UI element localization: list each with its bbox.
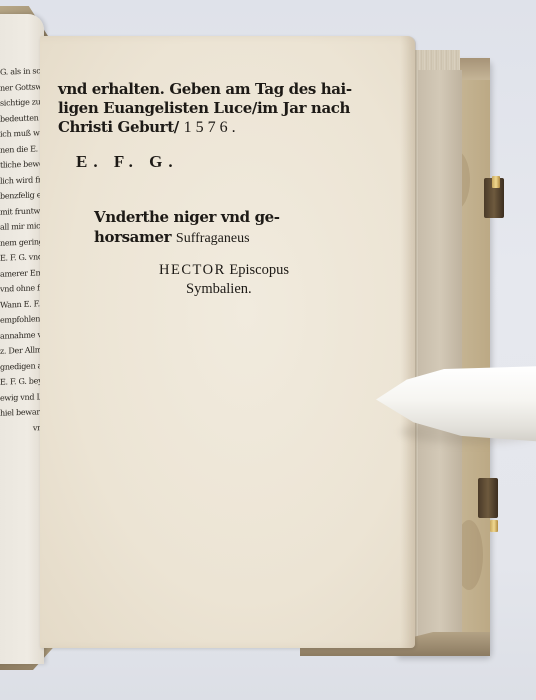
- signature-hector: HECTOR Episcopus: [159, 262, 289, 279]
- initials-efg: E. F. G.: [76, 152, 179, 172]
- text-line-2: ligen Euangelisten Luce/im Jar nach: [58, 99, 350, 117]
- book-photo-scene: G. als in schrifft ner Gottswunn sichtig…: [0, 0, 536, 700]
- left-text-line: hiel bewarhaft frölich: [0, 404, 42, 421]
- text-suffraganeus: Suffraganeus: [176, 231, 250, 246]
- left-text-line: G. als in schrifft: [0, 63, 42, 80]
- left-text-line: annahme vnd Je-: [0, 327, 42, 344]
- left-text-line: vn: [0, 420, 42, 437]
- year-1576: 1576.: [184, 119, 240, 136]
- right-page-edge-shadow: [400, 36, 416, 648]
- text-line-1: vnd erhalten. Geben am Tag des hai-: [58, 80, 352, 98]
- text-line-3-words: Christi Geburt/: [58, 118, 184, 136]
- text-line-3: Christi Geburt/ 1576.: [58, 118, 240, 137]
- signature-name: HECTOR: [159, 262, 226, 278]
- left-text-line: bedeutten worin: [0, 110, 42, 127]
- brass-clasp-bottom: [478, 478, 498, 518]
- left-text-line: mit fruntwertschoft: [0, 203, 42, 220]
- left-text-line: ner Gottswunn: [0, 79, 42, 96]
- left-text-line: nen die E. F. G: [0, 141, 42, 158]
- left-text-line: Wann E. F. G: [0, 296, 42, 313]
- left-text-line: tliche beweisen / an: [0, 156, 42, 173]
- signature-place: Symbalien.: [186, 281, 252, 298]
- left-text-line: ich muß weiß: [0, 125, 42, 142]
- clasp-pin-icon: [490, 520, 498, 532]
- left-text-line: all mir miche ver-: [0, 218, 42, 235]
- left-text-line: lich wird frölichem: [0, 172, 42, 189]
- left-text-line: empfohlen vnd Ab: [0, 311, 42, 328]
- left-text-line: sichtige zu treiben: [0, 94, 42, 111]
- left-text-line: amerer Emfangen: [0, 265, 42, 282]
- left-page-text: G. als in schrifft ner Gottswunn sichtig…: [0, 63, 42, 436]
- left-text-line: E. F. G. vnderthe: [0, 249, 42, 266]
- left-text-line: nem gering/ doch: [0, 234, 42, 251]
- clasp-pin-icon: [492, 176, 500, 188]
- left-text-line: vnd ohne fruchte: [0, 280, 42, 297]
- text-line-5: Vnderthe niger vnd ge-: [94, 208, 280, 226]
- left-text-line: ewig vnd Langwer: [0, 389, 42, 406]
- text-line-6-fraktur: horsamer: [94, 228, 176, 246]
- page-block-inner: [418, 70, 462, 640]
- left-text-line: z. Der Allmech-: [0, 342, 42, 359]
- left-text-line: E. F. G. bey: [0, 373, 42, 390]
- left-text-line: benzfelig erzaiget/: [0, 187, 42, 204]
- text-line-6: horsamer Suffraganeus: [94, 228, 250, 247]
- signature-title: Episcopus: [226, 262, 289, 278]
- left-text-line: gnedigen ain Fürst: [0, 358, 42, 375]
